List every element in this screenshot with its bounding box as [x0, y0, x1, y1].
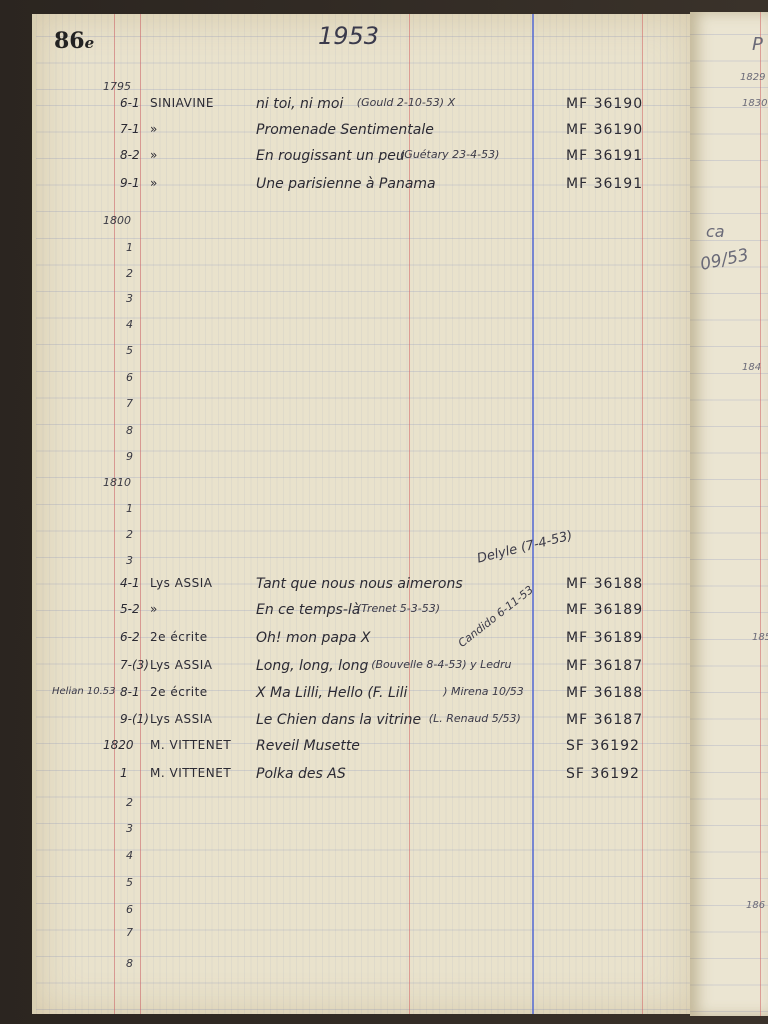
- entry-artist: 2e écrite: [150, 630, 208, 644]
- entry-title: Oh! mon papa X: [256, 630, 370, 646]
- margin-number: 5: [126, 344, 133, 357]
- page-number: 86e: [54, 28, 94, 54]
- entry-artist: Lys ASSIA: [150, 712, 212, 726]
- margin-number: 6: [126, 371, 133, 384]
- right-page-letter: P: [752, 34, 763, 55]
- entry-title: Une parisienne à Panama: [256, 176, 436, 192]
- margin-line: [760, 12, 761, 1016]
- margin-number: 1810: [103, 476, 131, 489]
- entry-note: (Trenet 5-3-53): [357, 602, 440, 615]
- entry-number: 4-1: [120, 576, 140, 590]
- margin-number: 8: [126, 957, 133, 970]
- right-page-note-ca: ca: [706, 222, 725, 241]
- entry-reference: MF 36190: [566, 96, 643, 112]
- margin-number: 1795: [103, 80, 131, 93]
- margin-number: 9: [126, 450, 133, 463]
- entry-reference: SF 36192: [566, 766, 640, 782]
- entry-reference: MF 36190: [566, 122, 643, 138]
- entry-artist: »: [150, 176, 158, 190]
- entry-reference: MF 36188: [566, 576, 643, 592]
- margin-number: 2: [126, 796, 133, 809]
- page-year: 1953: [318, 22, 379, 50]
- entry-title: Tant que nous nous aimerons: [256, 576, 463, 592]
- margin-number: 3: [126, 292, 133, 305]
- column-line: [409, 14, 410, 1014]
- entry-title: Promenade Sentimentale: [256, 122, 434, 138]
- margin-number: 2: [126, 267, 133, 280]
- margin-number: 1: [126, 502, 133, 515]
- entry-artist: »: [150, 122, 158, 136]
- margin-number: 1800: [103, 214, 131, 227]
- right-page-number: 1830: [742, 98, 767, 109]
- margin-number: 6: [126, 903, 133, 916]
- column-line-blue: [532, 14, 534, 1014]
- margin-line: [114, 14, 115, 1014]
- entry-number: 1820: [103, 738, 134, 752]
- margin-number: 8: [126, 424, 133, 437]
- margin-number: 2: [126, 528, 133, 541]
- entry-number: 7-(3): [120, 658, 149, 672]
- entry-artist: M. VITTENET: [150, 738, 231, 752]
- margin-number: 7: [126, 397, 133, 410]
- margin-number: 4: [126, 849, 133, 862]
- entry-note: (L. Renaud 5/53): [429, 712, 521, 725]
- entry-title: X Ma Lilli, Hello (F. Lili: [256, 685, 407, 701]
- entry-note: (Gould 2-10-53) X: [357, 96, 455, 109]
- entry-note: ) Mirena 10/53: [443, 685, 524, 698]
- right-page-number: 186: [746, 900, 765, 911]
- entry-reference: MF 36191: [566, 176, 643, 192]
- entry-title: En ce temps-là: [256, 602, 360, 618]
- entry-artist: Lys ASSIA: [150, 658, 212, 672]
- margin-line: [140, 14, 141, 1014]
- entry-reference: MF 36191: [566, 148, 643, 164]
- column-line: [642, 14, 643, 1014]
- entry-artist: Lys ASSIA: [150, 576, 212, 590]
- entry-artist: »: [150, 602, 158, 616]
- entry-artist: M. VITTENET: [150, 766, 231, 780]
- entry-reference: MF 36187: [566, 712, 643, 728]
- margin-number: 1: [126, 241, 133, 254]
- entry-title: Le Chien dans la vitrine: [256, 712, 421, 728]
- margin-number: 7: [126, 926, 133, 939]
- entry-title: En rougissant un peu: [256, 148, 405, 164]
- margin-number: 3: [126, 822, 133, 835]
- entry-title: Reveil Musette: [256, 738, 360, 754]
- right-page-number: 1829: [740, 72, 765, 83]
- entry-reference: SF 36192: [566, 738, 640, 754]
- entry-note: (Guétary 23-4-53): [400, 148, 499, 161]
- entry-number: 8-2: [120, 148, 140, 162]
- ledger-page-right: [690, 12, 768, 1016]
- entry-artist: 2e écrite: [150, 685, 208, 699]
- entry-artist: »: [150, 148, 158, 162]
- right-page-number: 184: [742, 362, 761, 373]
- entry-title: Polka des AS: [256, 766, 346, 782]
- entry-reference: MF 36189: [566, 630, 643, 646]
- entry-title: ni toi, ni moi: [256, 96, 343, 112]
- entry-number: 9-1: [120, 176, 140, 190]
- right-page-number: 185: [752, 632, 768, 643]
- entry-title: Long, long, long: [256, 658, 368, 674]
- entry-number: 6-1: [120, 96, 140, 110]
- entry-number: 5-2: [120, 602, 140, 616]
- entry-number: 9-(1): [120, 712, 149, 726]
- annotation-helian: Helian 10.53: [52, 686, 116, 697]
- margin-number: 5: [126, 876, 133, 889]
- margin-number: 3: [126, 554, 133, 567]
- entry-reference: MF 36189: [566, 602, 643, 618]
- entry-number: 1: [120, 766, 128, 780]
- entry-reference: MF 36187: [566, 658, 643, 674]
- entry-reference: MF 36188: [566, 685, 643, 701]
- entry-number: 6-2: [120, 630, 140, 644]
- entry-note: (Bouvelle 8-4-53) y Ledru: [371, 658, 511, 671]
- entry-number: 7-1: [120, 122, 140, 136]
- margin-number: 4: [126, 318, 133, 331]
- entry-artist: SINIAVINE: [150, 96, 214, 110]
- entry-number: 8-1: [120, 685, 140, 699]
